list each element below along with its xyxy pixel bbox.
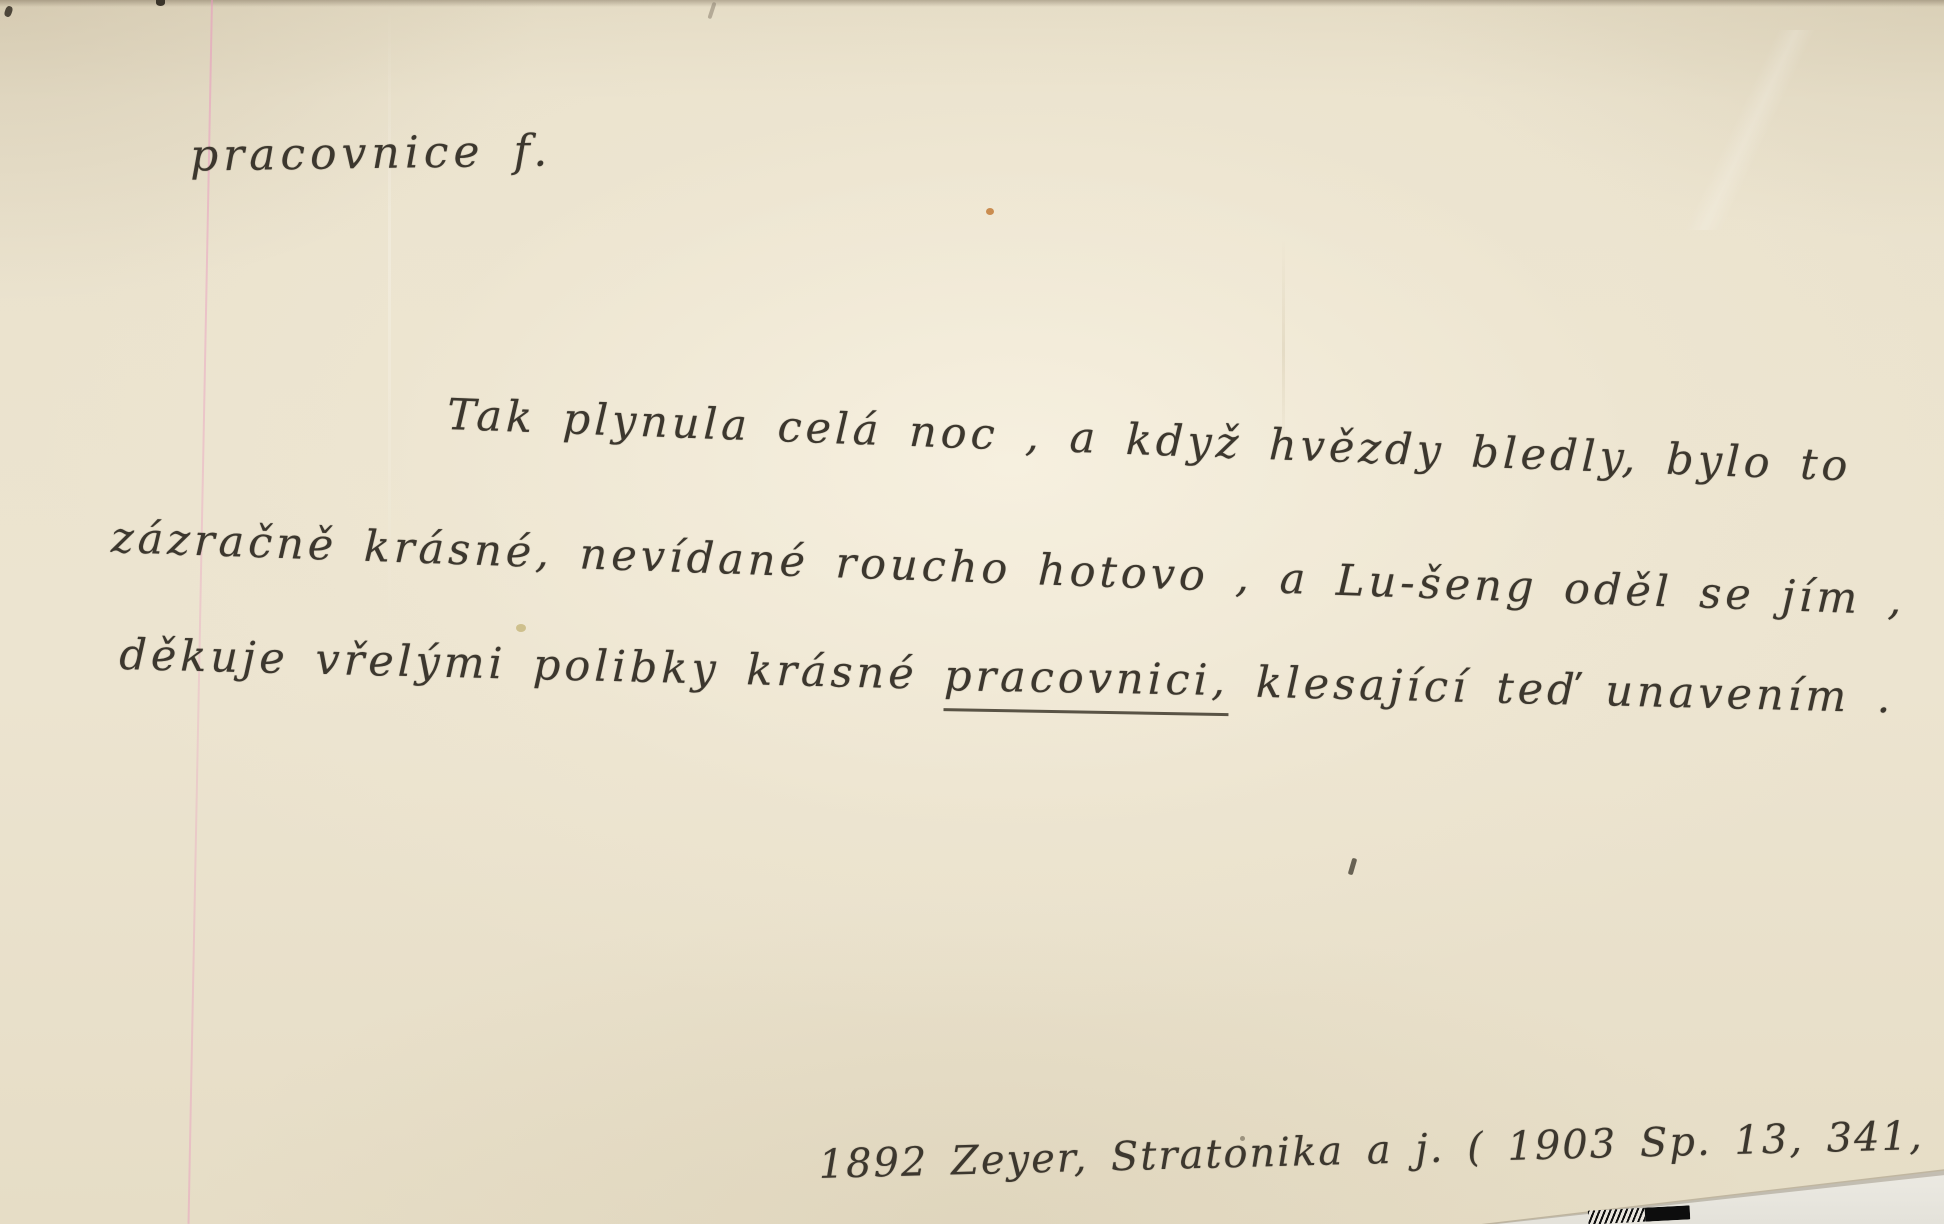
barcode-solid-block [1645, 1205, 1691, 1221]
ink-speck [1240, 1136, 1245, 1141]
rust-stain-dot [986, 208, 994, 215]
headword-line: pracovnice f. [190, 125, 553, 181]
underlined-keyword: pracovnici, [944, 651, 1230, 716]
headword: pracovnice [190, 126, 485, 181]
barcode-stripes [1588, 1208, 1646, 1224]
paper-stain-dot [516, 624, 526, 632]
gender-abbreviation: f. [513, 125, 552, 177]
ink-speck [156, 0, 165, 6]
